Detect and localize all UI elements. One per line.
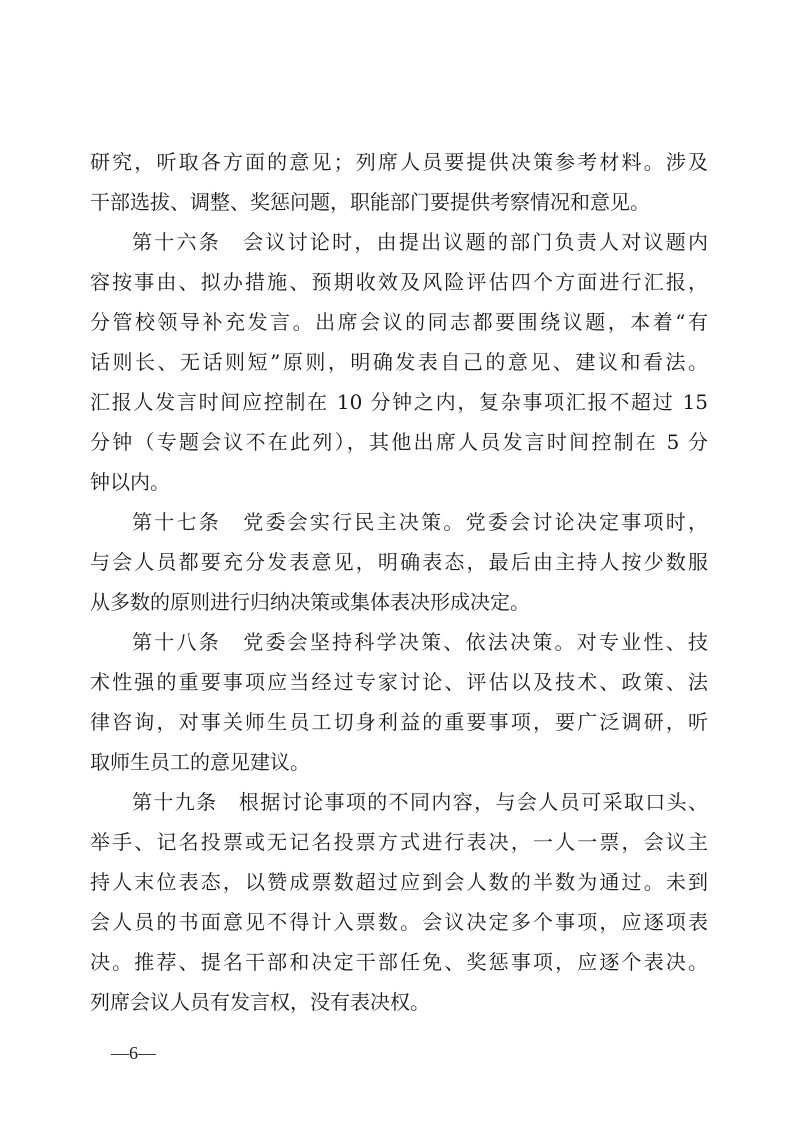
text-line: 分管校领导补充发言。出席会议的同志都要围绕议题，本着“有 [90,302,708,342]
article-17-heading-line: 第十七条 党委会实行民主决策。党委会讨论决定事项时， [90,502,708,542]
text-line: 容按事由、拟办措施、预期收效及风险评估四个方面进行汇报， [90,262,708,302]
text-line: 研究，听取各方面的意见；列席人员要提供决策参考材料。涉及 [90,142,708,182]
text-line: 干部选拔、调整、奖惩问题，职能部门要提供考察情况和意见。 [90,182,708,222]
text-line: 举手、记名投票或无记名投票方式进行表决，一人一票，会议主 [90,822,708,862]
text-line: 术性强的重要事项应当经过专家讨论、评估以及技术、政策、法 [90,662,708,702]
text-line: 持人末位表态，以赞成票数超过应到会人数的半数为通过。未到 [90,862,708,902]
text-line: 与会人员都要充分发表意见，明确表态，最后由主持人按少数服 [90,542,708,582]
text-line: 决。推荐、提名干部和决定干部任免、奖惩事项，应逐个表决。 [90,942,708,982]
article-19-heading-line: 第十九条 根据讨论事项的不同内容，与会人员可采取口头、 [90,782,708,822]
text-line: 话则长、无话则短”原则，明确发表自己的意见、建议和看法。 [90,342,708,382]
article-18-heading-line: 第十八条 党委会坚持科学决策、依法决策。对专业性、技 [90,622,708,662]
text-line: 会人员的书面意见不得计入票数。会议决定多个事项，应逐项表 [90,902,708,942]
document-page: 研究，听取各方面的意见；列席人员要提供决策参考材料。涉及 干部选拔、调整、奖惩问… [0,0,793,1122]
text-line: 列席会议人员有发言权，没有表决权。 [90,982,708,1022]
article-16-heading-line: 第十六条 会议讨论时，由提出议题的部门负责人对议题内 [90,222,708,262]
document-body: 研究，听取各方面的意见；列席人员要提供决策参考材料。涉及 干部选拔、调整、奖惩问… [90,142,708,1022]
text-line: 律咨询，对事关师生员工切身利益的重要事项，要广泛调研，听 [90,702,708,742]
text-line: 汇报人发言时间应控制在 10 分钟之内，复杂事项汇报不超过 15 [90,382,708,422]
text-line: 钟以内。 [90,462,708,502]
text-line: 从多数的原则进行归纳决策或集体表决形成决定。 [90,582,708,622]
page-number: —6— [111,1040,156,1066]
text-line: 取师生员工的意见建议。 [90,742,708,782]
text-line: 分钟（专题会议不在此列），其他出席人员发言时间控制在 5 分 [90,422,708,462]
